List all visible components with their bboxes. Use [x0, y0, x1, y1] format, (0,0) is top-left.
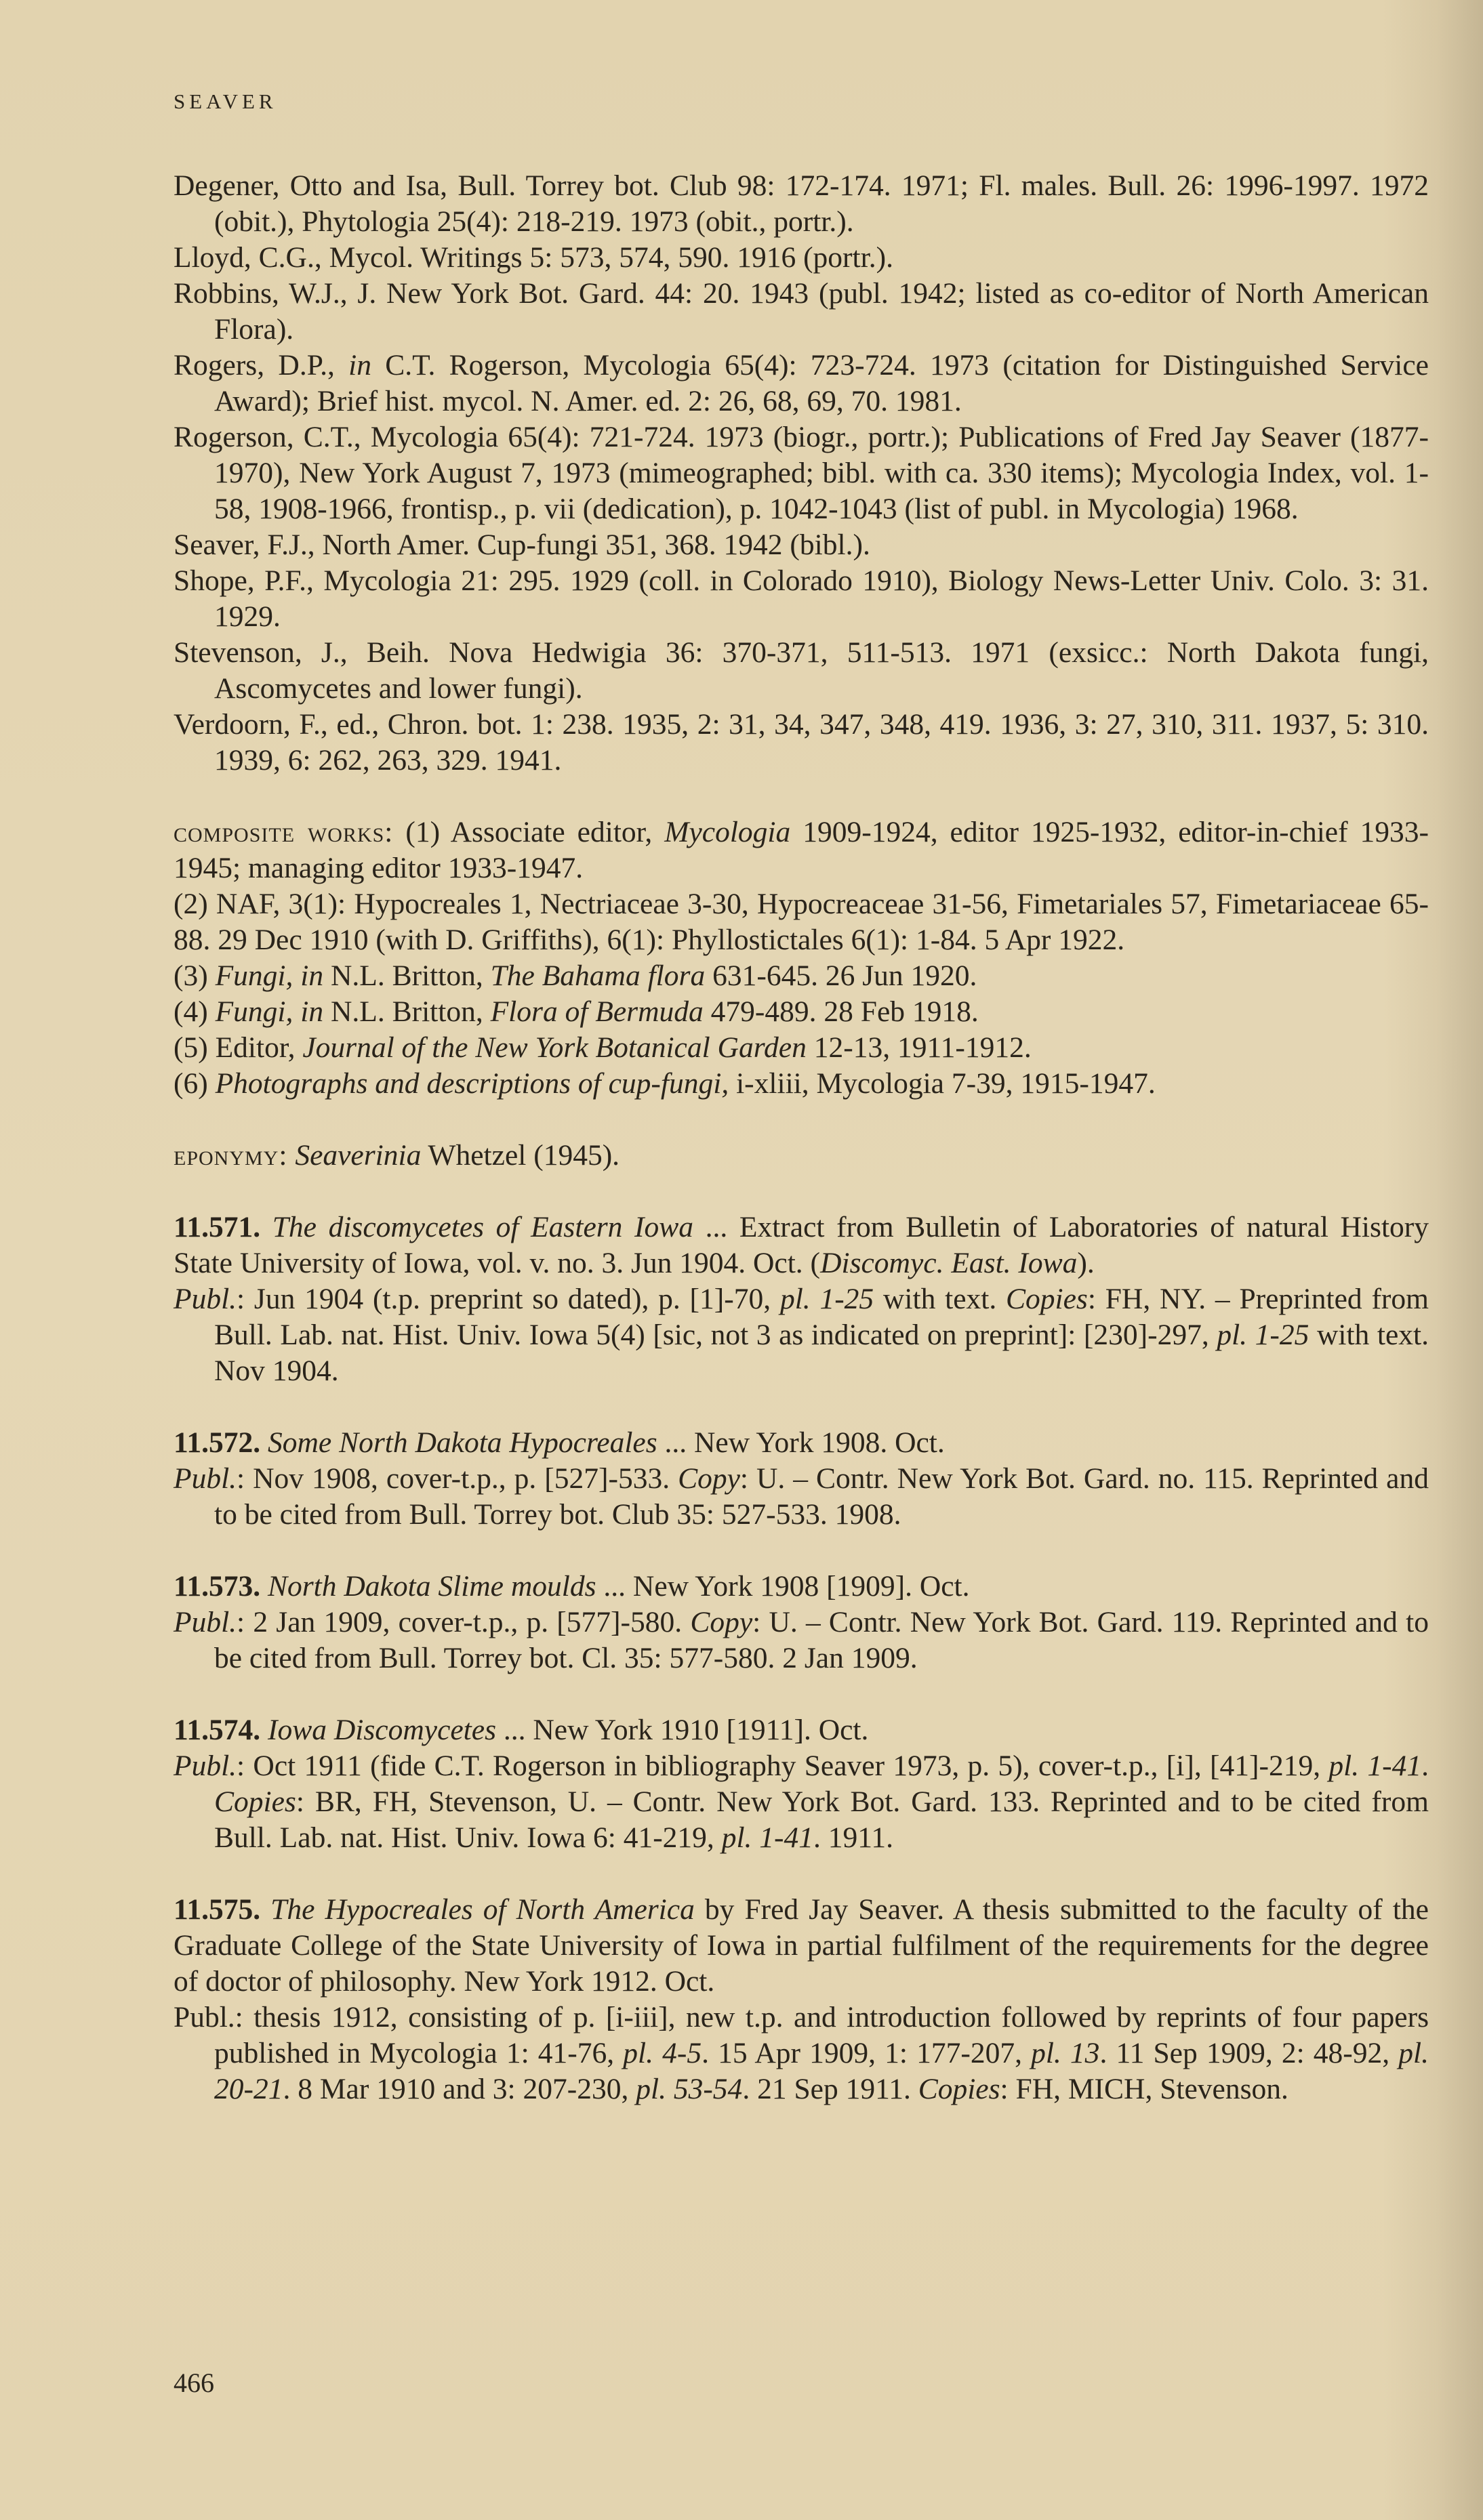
entry-number: 11.574.	[174, 1714, 260, 1746]
page-number: 466	[174, 2365, 214, 2401]
entry-publication: Publ.: 2 Jan 1909, cover-t.p., p. [577]-…	[174, 1605, 1429, 1676]
composite-works-item-6: (6) Photographs and descriptions of cup-…	[174, 1066, 1429, 1102]
document-page: SEAVER Degener, Otto and Isa, Bull. Torr…	[174, 87, 1429, 2107]
entry-title: 11.574. Iowa Discomycetes ... New York 1…	[174, 1712, 1429, 1748]
entry-title: 11.572. Some North Dakota Hypocreales ..…	[174, 1425, 1429, 1461]
entry-11-571: 11.571. The discomycetes of Eastern Iowa…	[174, 1210, 1429, 1389]
composite-works-item-4: (4) Fungi, in N.L. Britton, Flora of Ber…	[174, 994, 1429, 1030]
entry-publication: Publ.: thesis 1912, consisting of p. [i-…	[174, 2000, 1429, 2107]
reference-item: Lloyd, C.G., Mycol. Writings 5: 573, 574…	[174, 240, 1429, 276]
composite-works-label: composite works:	[174, 816, 393, 848]
reference-item: Stevenson, J., Beih. Nova Hedwigia 36: 3…	[174, 635, 1429, 707]
eponymy-label: eponymy:	[174, 1139, 287, 1172]
entry-11-575: 11.575. The Hypocreales of North America…	[174, 1892, 1429, 2107]
reference-item: Rogers, D.P., in C.T. Rogerson, Mycologi…	[174, 348, 1429, 419]
entry-title: 11.571. The discomycetes of Eastern Iowa…	[174, 1210, 1429, 1281]
composite-works-item-5: (5) Editor, Journal of the New York Bota…	[174, 1030, 1429, 1066]
reference-item: Shope, P.F., Mycologia 21: 295. 1929 (co…	[174, 563, 1429, 635]
reference-item: Robbins, W.J., J. New York Bot. Gard. 44…	[174, 276, 1429, 348]
entry-publication: Publ.: Nov 1908, cover-t.p., p. [527]-53…	[174, 1461, 1429, 1533]
entry-publication: Publ.: Jun 1904 (t.p. preprint so dated)…	[174, 1281, 1429, 1389]
entry-11-573: 11.573. North Dakota Slime moulds ... Ne…	[174, 1569, 1429, 1676]
reference-item: Verdoorn, F., ed., Chron. bot. 1: 238. 1…	[174, 707, 1429, 779]
entry-publication: Publ.: Oct 1911 (fide C.T. Rogerson in b…	[174, 1748, 1429, 1856]
reference-item: Degener, Otto and Isa, Bull. Torrey bot.…	[174, 168, 1429, 240]
entry-11-572: 11.572. Some North Dakota Hypocreales ..…	[174, 1425, 1429, 1533]
composite-works-item-1: composite works: (1) Associate editor, M…	[174, 814, 1429, 886]
composite-works-item-3: (3) Fungi, in N.L. Britton, The Bahama f…	[174, 958, 1429, 994]
composite-works-item-2: (2) NAF, 3(1): Hypocreales 1, Nectriacea…	[174, 886, 1429, 958]
entry-title: 11.575. The Hypocreales of North America…	[174, 1892, 1429, 2000]
reference-item: Rogerson, C.T., Mycologia 65(4): 721-724…	[174, 419, 1429, 527]
running-head: SEAVER	[174, 87, 1429, 117]
reference-item: Seaver, F.J., North Amer. Cup-fungi 351,…	[174, 527, 1429, 563]
composite-works-section: composite works: (1) Associate editor, M…	[174, 814, 1429, 1102]
eponymy-line: eponymy: Seaverinia Whetzel (1945).	[174, 1138, 1429, 1174]
entry-number: 11.572.	[174, 1426, 260, 1459]
entry-number: 11.571.	[174, 1211, 260, 1243]
references-list: Degener, Otto and Isa, Bull. Torrey bot.…	[174, 168, 1429, 779]
entry-number: 11.575.	[174, 1893, 260, 1926]
entry-number: 11.573.	[174, 1570, 260, 1603]
entry-title: 11.573. North Dakota Slime moulds ... Ne…	[174, 1569, 1429, 1605]
entry-11-574: 11.574. Iowa Discomycetes ... New York 1…	[174, 1712, 1429, 1856]
